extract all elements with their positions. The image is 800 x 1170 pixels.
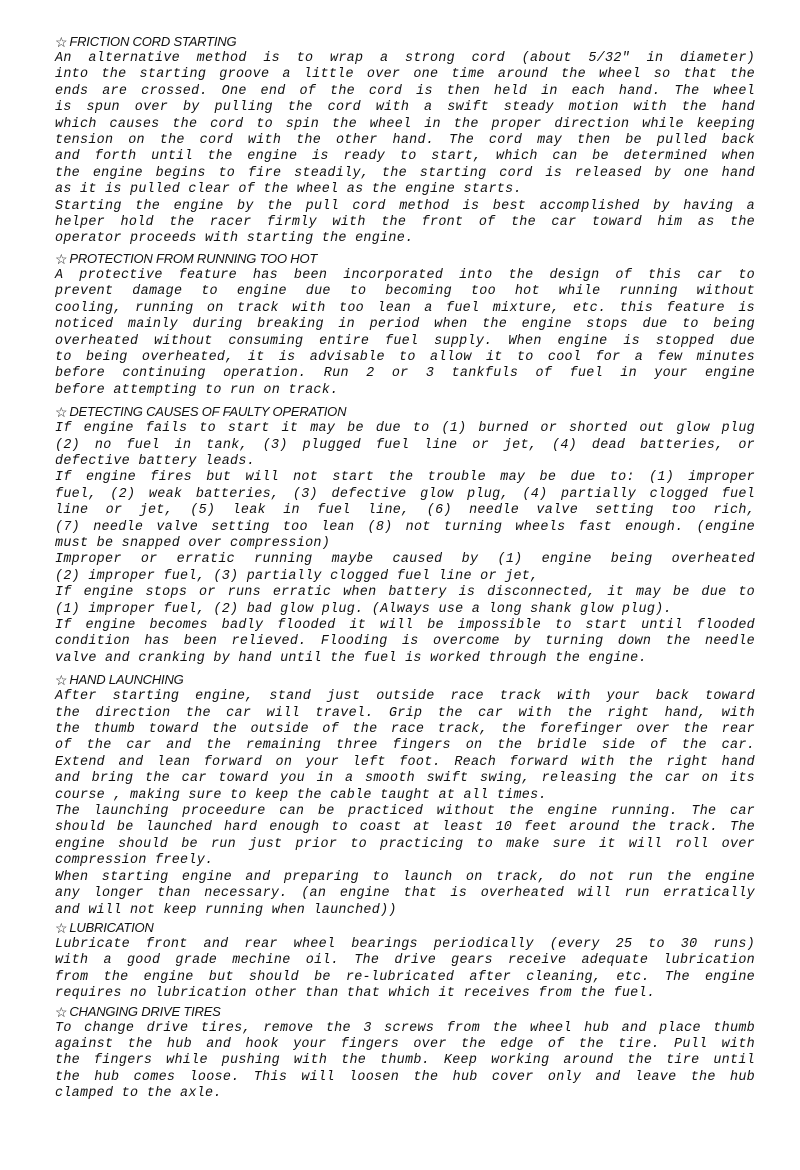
paragraph: An alternative method is to wrap a stron…	[55, 51, 755, 199]
paragraph: Lubricate front and rear wheel bearings …	[55, 937, 755, 1003]
paragraph: If engine fires but will not start the t…	[55, 470, 755, 552]
text-line: the thumb toward the outside of the race…	[55, 722, 755, 738]
paragraph: If engine fails to start it may be due t…	[55, 421, 755, 470]
text-line: After starting engine, stand just outsid…	[55, 689, 755, 705]
text-line: operator proceeds with starting the engi…	[55, 231, 755, 247]
text-line: before attempting to run on track.	[55, 383, 755, 399]
text-line: as it is pulled clear of the wheel as th…	[55, 182, 755, 198]
star-outline-icon: ☆	[55, 919, 67, 937]
text-line: Extend and lean forward on your left foo…	[55, 755, 755, 771]
text-line: defective battery leads.	[55, 454, 755, 470]
text-line: from the engine but should be re-lubrica…	[55, 970, 755, 986]
text-line: condition has been relieved. Flooding is…	[55, 634, 755, 650]
text-line: line or jet, (5) leak in fuel line, (6) …	[55, 503, 755, 519]
section-heading-text: FRICTION CORD STARTING	[69, 33, 236, 51]
section-heading: ☆DETECTING CAUSES OF FAULTY OPERATION	[55, 403, 755, 421]
section-heading: ☆LUBRICATION	[55, 919, 755, 937]
paragraph: A protective feature has been incorporat…	[55, 268, 755, 399]
section-heading-text: LUBRICATION	[69, 919, 153, 937]
text-line: ends are crossed. One end of the cord is…	[55, 84, 755, 100]
text-line: Starting the engine by the pull cord met…	[55, 199, 755, 215]
text-line: When starting engine and preparing to la…	[55, 870, 755, 886]
section-lubrication: ☆LUBRICATIONLubricate front and rear whe…	[55, 919, 755, 1003]
text-line: fuel, (2) weak batteries, (3) defective …	[55, 487, 755, 503]
section-protection-from-running-too-hot: ☆PROTECTION FROM RUNNING TOO HOTA protec…	[55, 250, 755, 399]
text-line: overheated without consuming entire fuel…	[55, 334, 755, 350]
paragraph: Improper or erratic running maybe caused…	[55, 552, 755, 585]
text-line: If engine fails to start it may be due t…	[55, 421, 755, 437]
star-outline-icon: ☆	[55, 33, 67, 51]
text-line: course , making sure to keep the cable t…	[55, 788, 755, 804]
star-outline-icon: ☆	[55, 250, 67, 268]
text-line: any longer than necessary. (an engine th…	[55, 886, 755, 902]
star-outline-icon: ☆	[55, 671, 67, 689]
text-line: should be launched hard enough to coast …	[55, 820, 755, 836]
text-line: and bring the car toward you in a smooth…	[55, 771, 755, 787]
text-line: requires no lubrication other than that …	[55, 986, 755, 1002]
section-detecting-causes-of-faulty-operation: ☆DETECTING CAUSES OF FAULTY OPERATIONIf …	[55, 403, 755, 667]
paragraph: The launching proceedure can be practice…	[55, 804, 755, 870]
text-line: (1) improper fuel, (2) bad glow plug. (A…	[55, 602, 755, 618]
section-heading-text: PROTECTION FROM RUNNING TOO HOT	[69, 250, 317, 268]
text-line: If engine stops or runs erratic when bat…	[55, 585, 755, 601]
text-line: helper hold the racer firmly with the fr…	[55, 215, 755, 231]
text-line: the fingers while pushing with the thumb…	[55, 1053, 755, 1069]
text-line: compression freely.	[55, 853, 755, 869]
text-line: If engine becomes badly flooded it will …	[55, 618, 755, 634]
section-heading-text: DETECTING CAUSES OF FAULTY OPERATION	[69, 403, 346, 421]
paragraph: If engine stops or runs erratic when bat…	[55, 585, 755, 618]
text-line: prevent damage to engine due to becoming…	[55, 284, 755, 300]
text-line: must be snapped over compression)	[55, 536, 755, 552]
text-line: to being overheated, it is advisable to …	[55, 350, 755, 366]
text-line: is spun over by pulling the cord with a …	[55, 100, 755, 116]
text-line: A protective feature has been incorporat…	[55, 268, 755, 284]
text-line: (2) improper fuel, (3) partially clogged…	[55, 569, 755, 585]
text-line: To change drive tires, remove the 3 scre…	[55, 1021, 755, 1037]
text-line: The launching proceedure can be practice…	[55, 804, 755, 820]
text-line: the direction the car will travel. Grip …	[55, 706, 755, 722]
text-line: Improper or erratic running maybe caused…	[55, 552, 755, 568]
section-heading-text: CHANGING DRIVE TIRES	[69, 1003, 220, 1021]
section-heading: ☆FRICTION CORD STARTING	[55, 33, 755, 51]
text-line: of the car and the remaining three finge…	[55, 738, 755, 754]
section-hand-launching: ☆HAND LAUNCHINGAfter starting engine, st…	[55, 671, 755, 919]
text-line: (7) needle valve setting too lean (8) no…	[55, 520, 755, 536]
text-line: cooling, running on track with too lean …	[55, 301, 755, 317]
text-line: and will not keep running when launched)…	[55, 903, 755, 919]
text-line: engine should be run just prior to pract…	[55, 837, 755, 853]
text-line: with a good grade mechine oil. The drive…	[55, 953, 755, 969]
section-heading-text: HAND LAUNCHING	[69, 671, 183, 689]
section-heading: ☆PROTECTION FROM RUNNING TOO HOT	[55, 250, 755, 268]
section-changing-drive-tires: ☆CHANGING DRIVE TIRESTo change drive tir…	[55, 1003, 755, 1103]
star-outline-icon: ☆	[55, 403, 67, 421]
section-friction-cord-starting: ☆FRICTION CORD STARTINGAn alternative me…	[55, 33, 755, 248]
text-line: against the hub and hook your fingers ov…	[55, 1037, 755, 1053]
section-heading: ☆CHANGING DRIVE TIRES	[55, 1003, 755, 1021]
text-line: valve and cranking by hand until the fue…	[55, 651, 755, 667]
text-line: the engine begins to fire steadily, the …	[55, 166, 755, 182]
text-line: noticed mainly during breaking in period…	[55, 317, 755, 333]
paragraph: To change drive tires, remove the 3 scre…	[55, 1021, 755, 1103]
star-outline-icon: ☆	[55, 1003, 67, 1021]
text-line: which causes the cord to spin the wheel …	[55, 117, 755, 133]
paragraph: Starting the engine by the pull cord met…	[55, 199, 755, 248]
text-line: Lubricate front and rear wheel bearings …	[55, 937, 755, 953]
section-heading: ☆HAND LAUNCHING	[55, 671, 755, 689]
text-line: If engine fires but will not start the t…	[55, 470, 755, 486]
text-line: the hub comes loose. This will loosen th…	[55, 1070, 755, 1086]
text-line: (2) no fuel in tank, (3) plugged fuel li…	[55, 438, 755, 454]
instruction-page: ☆FRICTION CORD STARTINGAn alternative me…	[55, 33, 755, 1103]
text-line: into the starting groove a little over o…	[55, 67, 755, 83]
paragraph: If engine becomes badly flooded it will …	[55, 618, 755, 667]
text-line: clamped to the axle.	[55, 1086, 755, 1102]
text-line: and forth until the engine is ready to s…	[55, 149, 755, 165]
text-line: tension on the cord with the other hand.…	[55, 133, 755, 149]
paragraph: When starting engine and preparing to la…	[55, 870, 755, 919]
paragraph: After starting engine, stand just outsid…	[55, 689, 755, 804]
text-line: An alternative method is to wrap a stron…	[55, 51, 755, 67]
text-line: before continuing operation. Run 2 or 3 …	[55, 366, 755, 382]
